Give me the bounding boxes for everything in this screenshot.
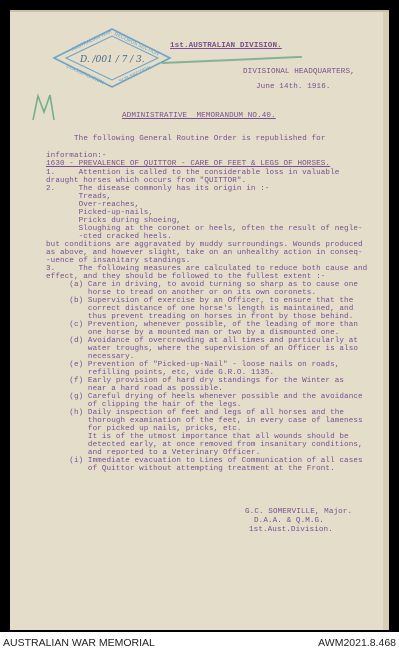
- svg-text:AUSTRALIAN WAR: AUSTRALIAN WAR: [70, 29, 113, 53]
- intro-line-1: The following General Routine Order is r…: [74, 135, 325, 144]
- pencil-mark: [30, 92, 58, 122]
- headquarters-label: DIVISIONAL HEADQUARTERS,: [243, 68, 355, 77]
- page-edge: [383, 12, 389, 630]
- svg-text:RECORDS SECTION: RECORDS SECTION: [113, 31, 160, 57]
- archive-footer: AUSTRALIAN WAR MEMORIAL AWM2021.8.468: [0, 632, 399, 653]
- svg-text:D. /001 / 7 / 3.: D. /001 / 7 / 3.: [79, 55, 145, 65]
- scan-frame: AUSTRALIAN WAR RECORDS SECTION CLASSIFIC…: [0, 0, 399, 632]
- records-section-stamp: AUSTRALIAN WAR RECORDS SECTION CLASSIFIC…: [52, 27, 172, 89]
- accession-number: AWM2021.8.468: [318, 637, 396, 649]
- document-date: June 14th. 1916.: [256, 83, 331, 92]
- division-heading: 1st.AUSTRALIAN DIVISION.: [170, 42, 282, 51]
- signature-title: D.A.A. & Q.M.G.: [254, 517, 324, 526]
- signature-name: G.C. SOMERVILLE, Major.: [245, 508, 352, 517]
- body-line: of Quittor without attempting treatment …: [46, 465, 335, 474]
- institution-label: AUSTRALIAN WAR MEMORIAL: [3, 637, 155, 649]
- signature-unit: 1st.Aust.Division.: [249, 526, 333, 535]
- order-title: 1630 - PREVALENCE OF QUITTOR - CARE OF F…: [46, 160, 330, 169]
- memo-title: ADMINISTRATIVE MEMORANDUM NO.40.: [122, 112, 276, 121]
